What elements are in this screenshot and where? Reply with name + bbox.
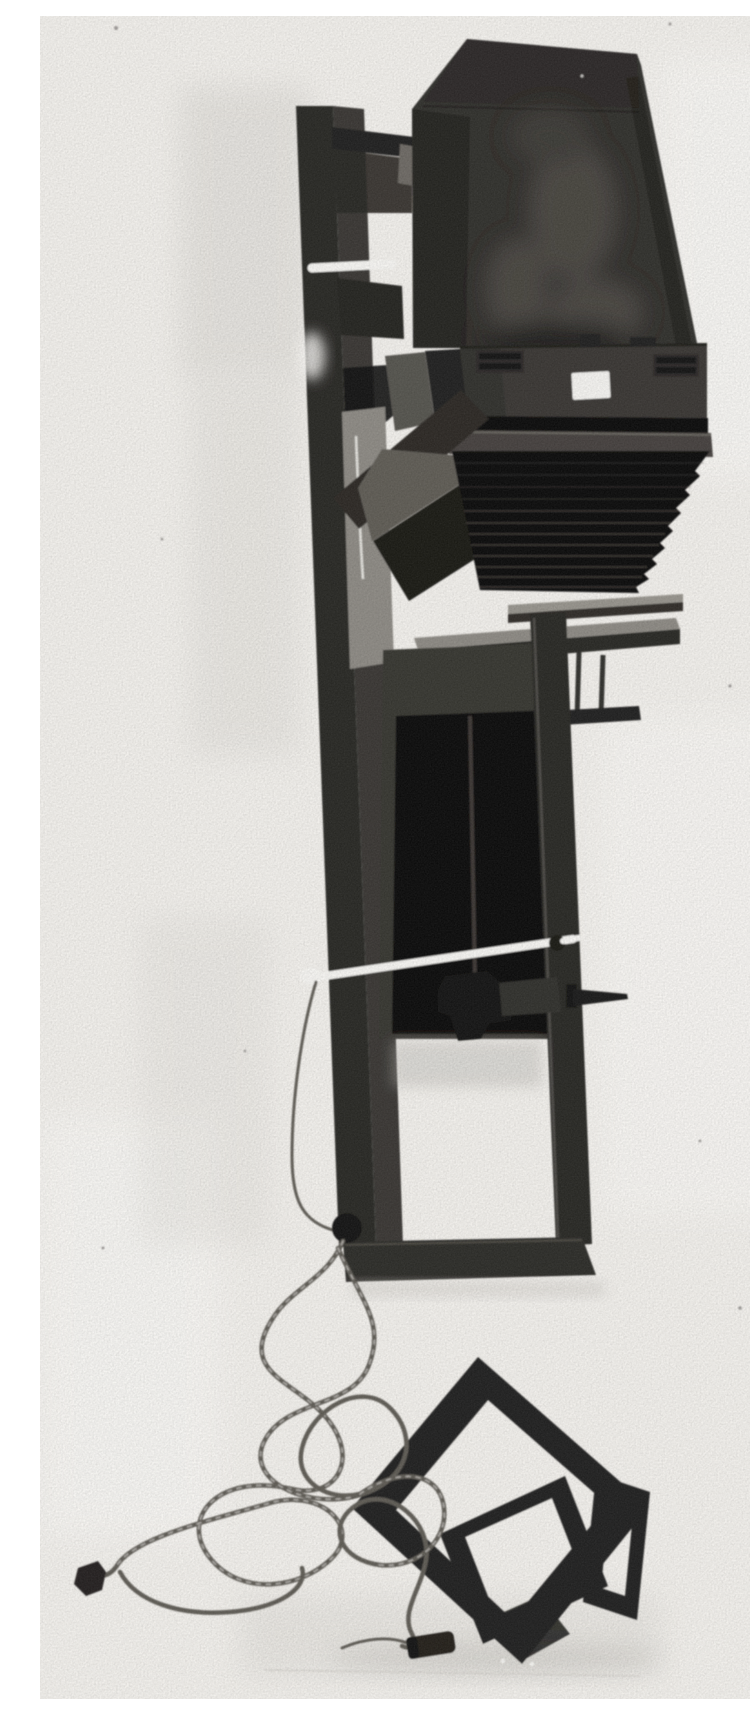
photograph xyxy=(40,16,750,1699)
photo-canvas xyxy=(40,16,750,1699)
grain-overlay-light xyxy=(40,16,750,1699)
